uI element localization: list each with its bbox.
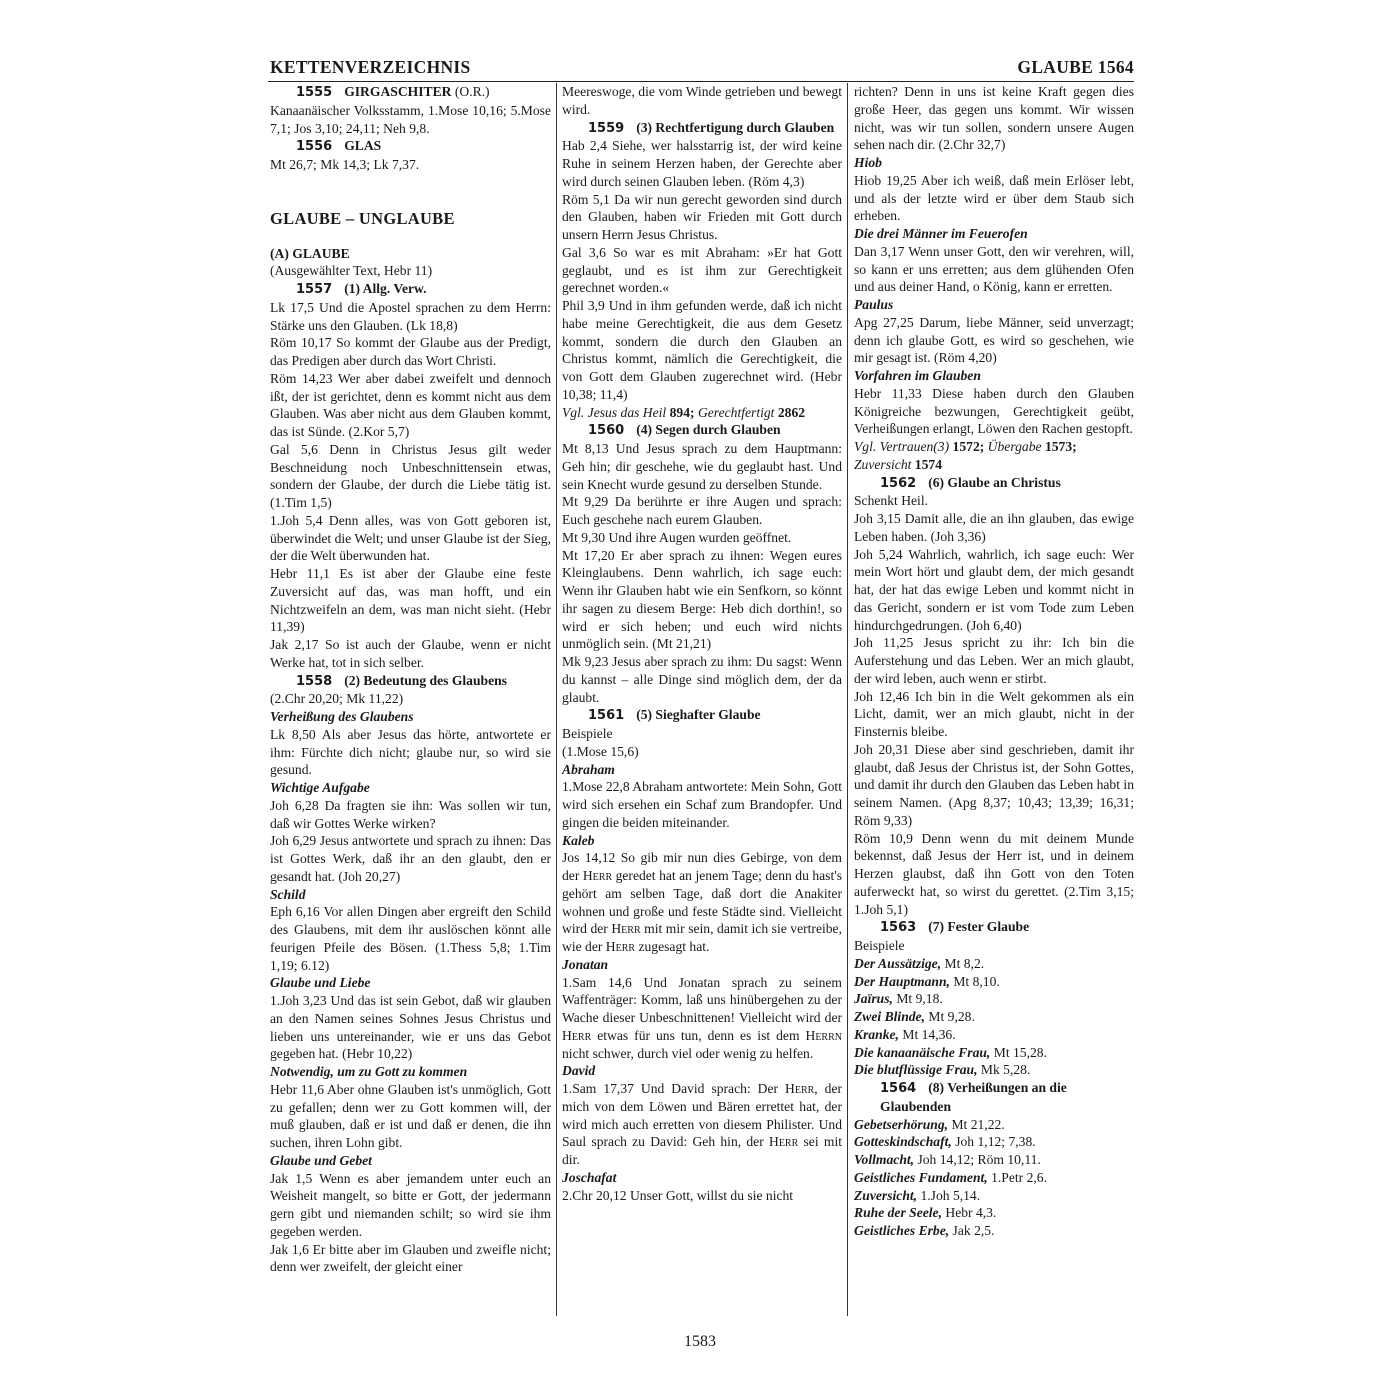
examples-list-1564: Gebetserhörung, Mt 21,22. Gotteskindscha… xyxy=(854,1116,1134,1240)
verse: 1.Joh 5,4 Denn alles, was von Gott gebor… xyxy=(270,512,551,565)
three-column-body: 1555GIRGASCHITER (O.R.) Kanaanäischer Vo… xyxy=(268,83,1134,1316)
example-item: Gebetserhörung, Mt 21,22. xyxy=(854,1116,1134,1134)
subheading: Kaleb xyxy=(562,832,842,850)
subheading: Die drei Männer im Feuerofen xyxy=(854,225,1134,243)
subheading: Jonatan xyxy=(562,956,842,974)
verse: Röm 14,23 Wer aber dabei zweifelt und de… xyxy=(270,370,551,441)
verse: Apg 27,25 Darum, liebe Männer, seid unve… xyxy=(854,314,1134,367)
verse: Jak 1,5 Wenn es aber jemandem unter euch… xyxy=(270,1170,551,1241)
entry-heading-1561: 1561(5) Sieghafter Glaube xyxy=(562,706,842,725)
subheading: Vorfahren im Glauben xyxy=(854,367,1134,385)
column-1: 1555GIRGASCHITER (O.R.) Kanaanäischer Vo… xyxy=(270,83,551,1316)
verse: Eph 6,16 Vor allen Dingen aber ergreift … xyxy=(270,903,551,974)
example-item: Kranke, Mt 14,36. xyxy=(854,1026,1134,1044)
verse: Röm 5,1 Da wir nun gerecht geworden sind… xyxy=(562,191,842,244)
subheading: David xyxy=(562,1062,842,1080)
cross-reference: Vgl. Jesus das Heil 894; Gerechtfertigt … xyxy=(562,404,842,422)
entry-refs: (1.Mose 15,6) xyxy=(562,743,842,761)
example-item: Jaïrus, Mt 9,18. xyxy=(854,990,1134,1008)
example-item: Die blutflüssige Frau, Mk 5,28. xyxy=(854,1061,1134,1079)
verse: Jak 2,17 So ist auch der Glaube, wenn er… xyxy=(270,636,551,672)
entry-heading-1562: 1562(6) Glaube an Christus xyxy=(854,474,1134,493)
subheading: Joschafat xyxy=(562,1169,842,1187)
group-heading: (A) GLAUBE xyxy=(270,245,551,263)
subheading: Glaube und Gebet xyxy=(270,1152,551,1170)
entry-heading-1556: 1556GLAS xyxy=(270,137,551,156)
verse: Hebr 11,33 Diese haben durch den Glauben… xyxy=(854,385,1134,438)
verse: Joh 6,29 Jesus antwortete und sprach zu … xyxy=(270,832,551,885)
verse: Joh 12,46 Ich bin in die Welt gekommen a… xyxy=(854,688,1134,741)
verse: Röm 10,17 So kommt der Glaube aus der Pr… xyxy=(270,334,551,370)
verse: Mk 9,23 Jesus aber sprach zu ihm: Du sag… xyxy=(562,653,842,706)
verse: 1.Mose 22,8 Abraham antwortete: Mein Soh… xyxy=(562,778,842,831)
verse: Gal 5,6 Denn in Christus Jesus gilt wede… xyxy=(270,441,551,512)
entry-heading-1555: 1555GIRGASCHITER (O.R.) xyxy=(270,83,551,102)
entry-heading-1560: 1560(4) Segen durch Glauben xyxy=(562,421,842,440)
verse: 1.Sam 17,37 Und David sprach: Der Herr, … xyxy=(562,1080,842,1169)
verse: Joh 6,28 Da fragten sie ihn: Was sollen … xyxy=(270,797,551,833)
example-item: Zuversicht, 1.Joh 5,14. xyxy=(854,1187,1134,1205)
verse: 1.Joh 3,23 Und das ist sein Gebot, daß w… xyxy=(270,992,551,1063)
group-note: (Ausgewählter Text, Hebr 11) xyxy=(270,262,551,280)
verse: Hab 2,4 Siehe, wer halsstarrig ist, der … xyxy=(562,137,842,190)
page-number: 1583 xyxy=(0,1333,1400,1351)
entry-text: Mt 26,7; Mk 14,3; Lk 7,37. xyxy=(270,156,551,174)
entry-text: Kanaanäischer Volksstamm, 1.Mose 10,16; … xyxy=(270,102,551,138)
subheading: Schild xyxy=(270,886,551,904)
verse: 2.Chr 20,12 Unser Gott, willst du sie ni… xyxy=(562,1187,842,1205)
subheading: Abraham xyxy=(562,761,842,779)
subheading: Paulus xyxy=(854,296,1134,314)
verse: Lk 17,5 Und die Apostel sprachen zu dem … xyxy=(270,299,551,335)
verse: Joh 5,24 Wahrlich, wahrlich, ich sage eu… xyxy=(854,546,1134,635)
examples-label: Beispiele xyxy=(854,937,1134,955)
entry-note: Schenkt Heil. xyxy=(854,492,1134,510)
entry-heading-1559: 1559(3) Rechtfertigung durch Glauben xyxy=(562,119,842,138)
subheading: Hiob xyxy=(854,154,1134,172)
verse: Dan 3,17 Wenn unser Gott, den wir verehr… xyxy=(854,243,1134,296)
example-item: Gotteskindschaft, Joh 1,12; 7,38. xyxy=(854,1133,1134,1151)
entry-heading-1563: 1563(7) Fester Glaube xyxy=(854,918,1134,937)
column-divider xyxy=(556,83,557,1316)
examples-list-1563: Der Aussätzige, Mt 8,2. Der Hauptmann, M… xyxy=(854,955,1134,1079)
subheading: Verheißung des Glaubens xyxy=(270,708,551,726)
verse: Röm 10,9 Denn wenn du mit deinem Munde b… xyxy=(854,830,1134,919)
verse: Hebr 11,6 Aber ohne Glauben ist's unmögl… xyxy=(270,1081,551,1152)
verse: Hiob 19,25 Aber ich weiß, daß mein Erlös… xyxy=(854,172,1134,225)
example-item: Ruhe der Seele, Hebr 4,3. xyxy=(854,1204,1134,1222)
cross-reference: Vgl. Vertrauen(3) 1572; Übergabe 1573; Z… xyxy=(854,438,1134,474)
subheading: Wichtige Aufgabe xyxy=(270,779,551,797)
document-page: KETTENVERZEICHNIS GLAUBE 1564 1555GIRGAS… xyxy=(268,54,1134,80)
verse: Mt 9,29 Da berührte er ihre Augen und sp… xyxy=(562,493,842,529)
example-item: Geistliches Erbe, Jak 2,5. xyxy=(854,1222,1134,1240)
column-3: richten? Denn in uns ist keine Kraft geg… xyxy=(854,83,1134,1316)
running-header: KETTENVERZEICHNIS GLAUBE 1564 xyxy=(268,54,1134,80)
entry-heading-1557: 1557(1) Allg. Verw. xyxy=(270,280,551,299)
verse: richten? Denn in uns ist keine Kraft geg… xyxy=(854,83,1134,154)
subheading: Notwendig, um zu Gott zu kommen xyxy=(270,1063,551,1081)
example-item: Der Aussätzige, Mt 8,2. xyxy=(854,955,1134,973)
verse: Phil 3,9 Und in ihm gefunden werde, daß … xyxy=(562,297,842,404)
column-2: Meereswoge, die vom Winde getrieben und … xyxy=(562,83,842,1316)
verse: Lk 8,50 Als aber Jesus das hörte, antwor… xyxy=(270,726,551,779)
verse: Gal 3,6 So war es mit Abraham: »Er hat G… xyxy=(562,244,842,297)
header-left-title: KETTENVERZEICHNIS xyxy=(270,57,471,78)
verse: Joh 11,25 Jesus spricht zu ihr: Ich bin … xyxy=(854,634,1134,687)
examples-label: Beispiele xyxy=(562,725,842,743)
verse: Mt 8,13 Und Jesus sprach zu dem Hauptman… xyxy=(562,440,842,493)
verse: Mt 9,30 Und ihre Augen wurden geöffnet. xyxy=(562,529,842,547)
section-title: GLAUBE – UNGLAUBE xyxy=(270,210,551,228)
example-item: Geistliches Fundament, 1.Petr 2,6. xyxy=(854,1169,1134,1187)
verse: Joh 20,31 Diese aber sind geschrieben, d… xyxy=(854,741,1134,830)
verse: Hebr 11,1 Es ist aber der Glaube eine fe… xyxy=(270,565,551,636)
verse: Jak 1,6 Er bitte aber im Glauben und zwe… xyxy=(270,1241,551,1277)
verse: Meereswoge, die vom Winde getrieben und … xyxy=(562,83,842,119)
example-item: Zwei Blinde, Mt 9,28. xyxy=(854,1008,1134,1026)
example-item: Vollmacht, Joh 14,12; Röm 10,11. xyxy=(854,1151,1134,1169)
entry-heading-1564: 1564(8) Verheißungen an die Glaubenden xyxy=(854,1079,1134,1116)
column-divider xyxy=(847,83,848,1316)
verse: 1.Sam 14,6 Und Jonatan sprach zu seinem … xyxy=(562,974,842,1063)
verse: Joh 3,15 Damit alle, die an ihn glauben,… xyxy=(854,510,1134,546)
header-rule xyxy=(268,81,1134,82)
header-right-title: GLAUBE 1564 xyxy=(1017,57,1134,78)
verse: Mt 17,20 Er aber sprach zu ihnen: Wegen … xyxy=(562,547,842,654)
example-item: Der Hauptmann, Mt 8,10. xyxy=(854,973,1134,991)
subheading: Glaube und Liebe xyxy=(270,974,551,992)
example-item: Die kanaanäische Frau, Mt 15,28. xyxy=(854,1044,1134,1062)
entry-refs: (2.Chr 20,20; Mk 11,22) xyxy=(270,690,551,708)
verse: Jos 14,12 So gib mir nun dies Gebirge, v… xyxy=(562,849,842,956)
entry-heading-1558: 1558(2) Bedeutung des Glaubens xyxy=(270,672,551,691)
